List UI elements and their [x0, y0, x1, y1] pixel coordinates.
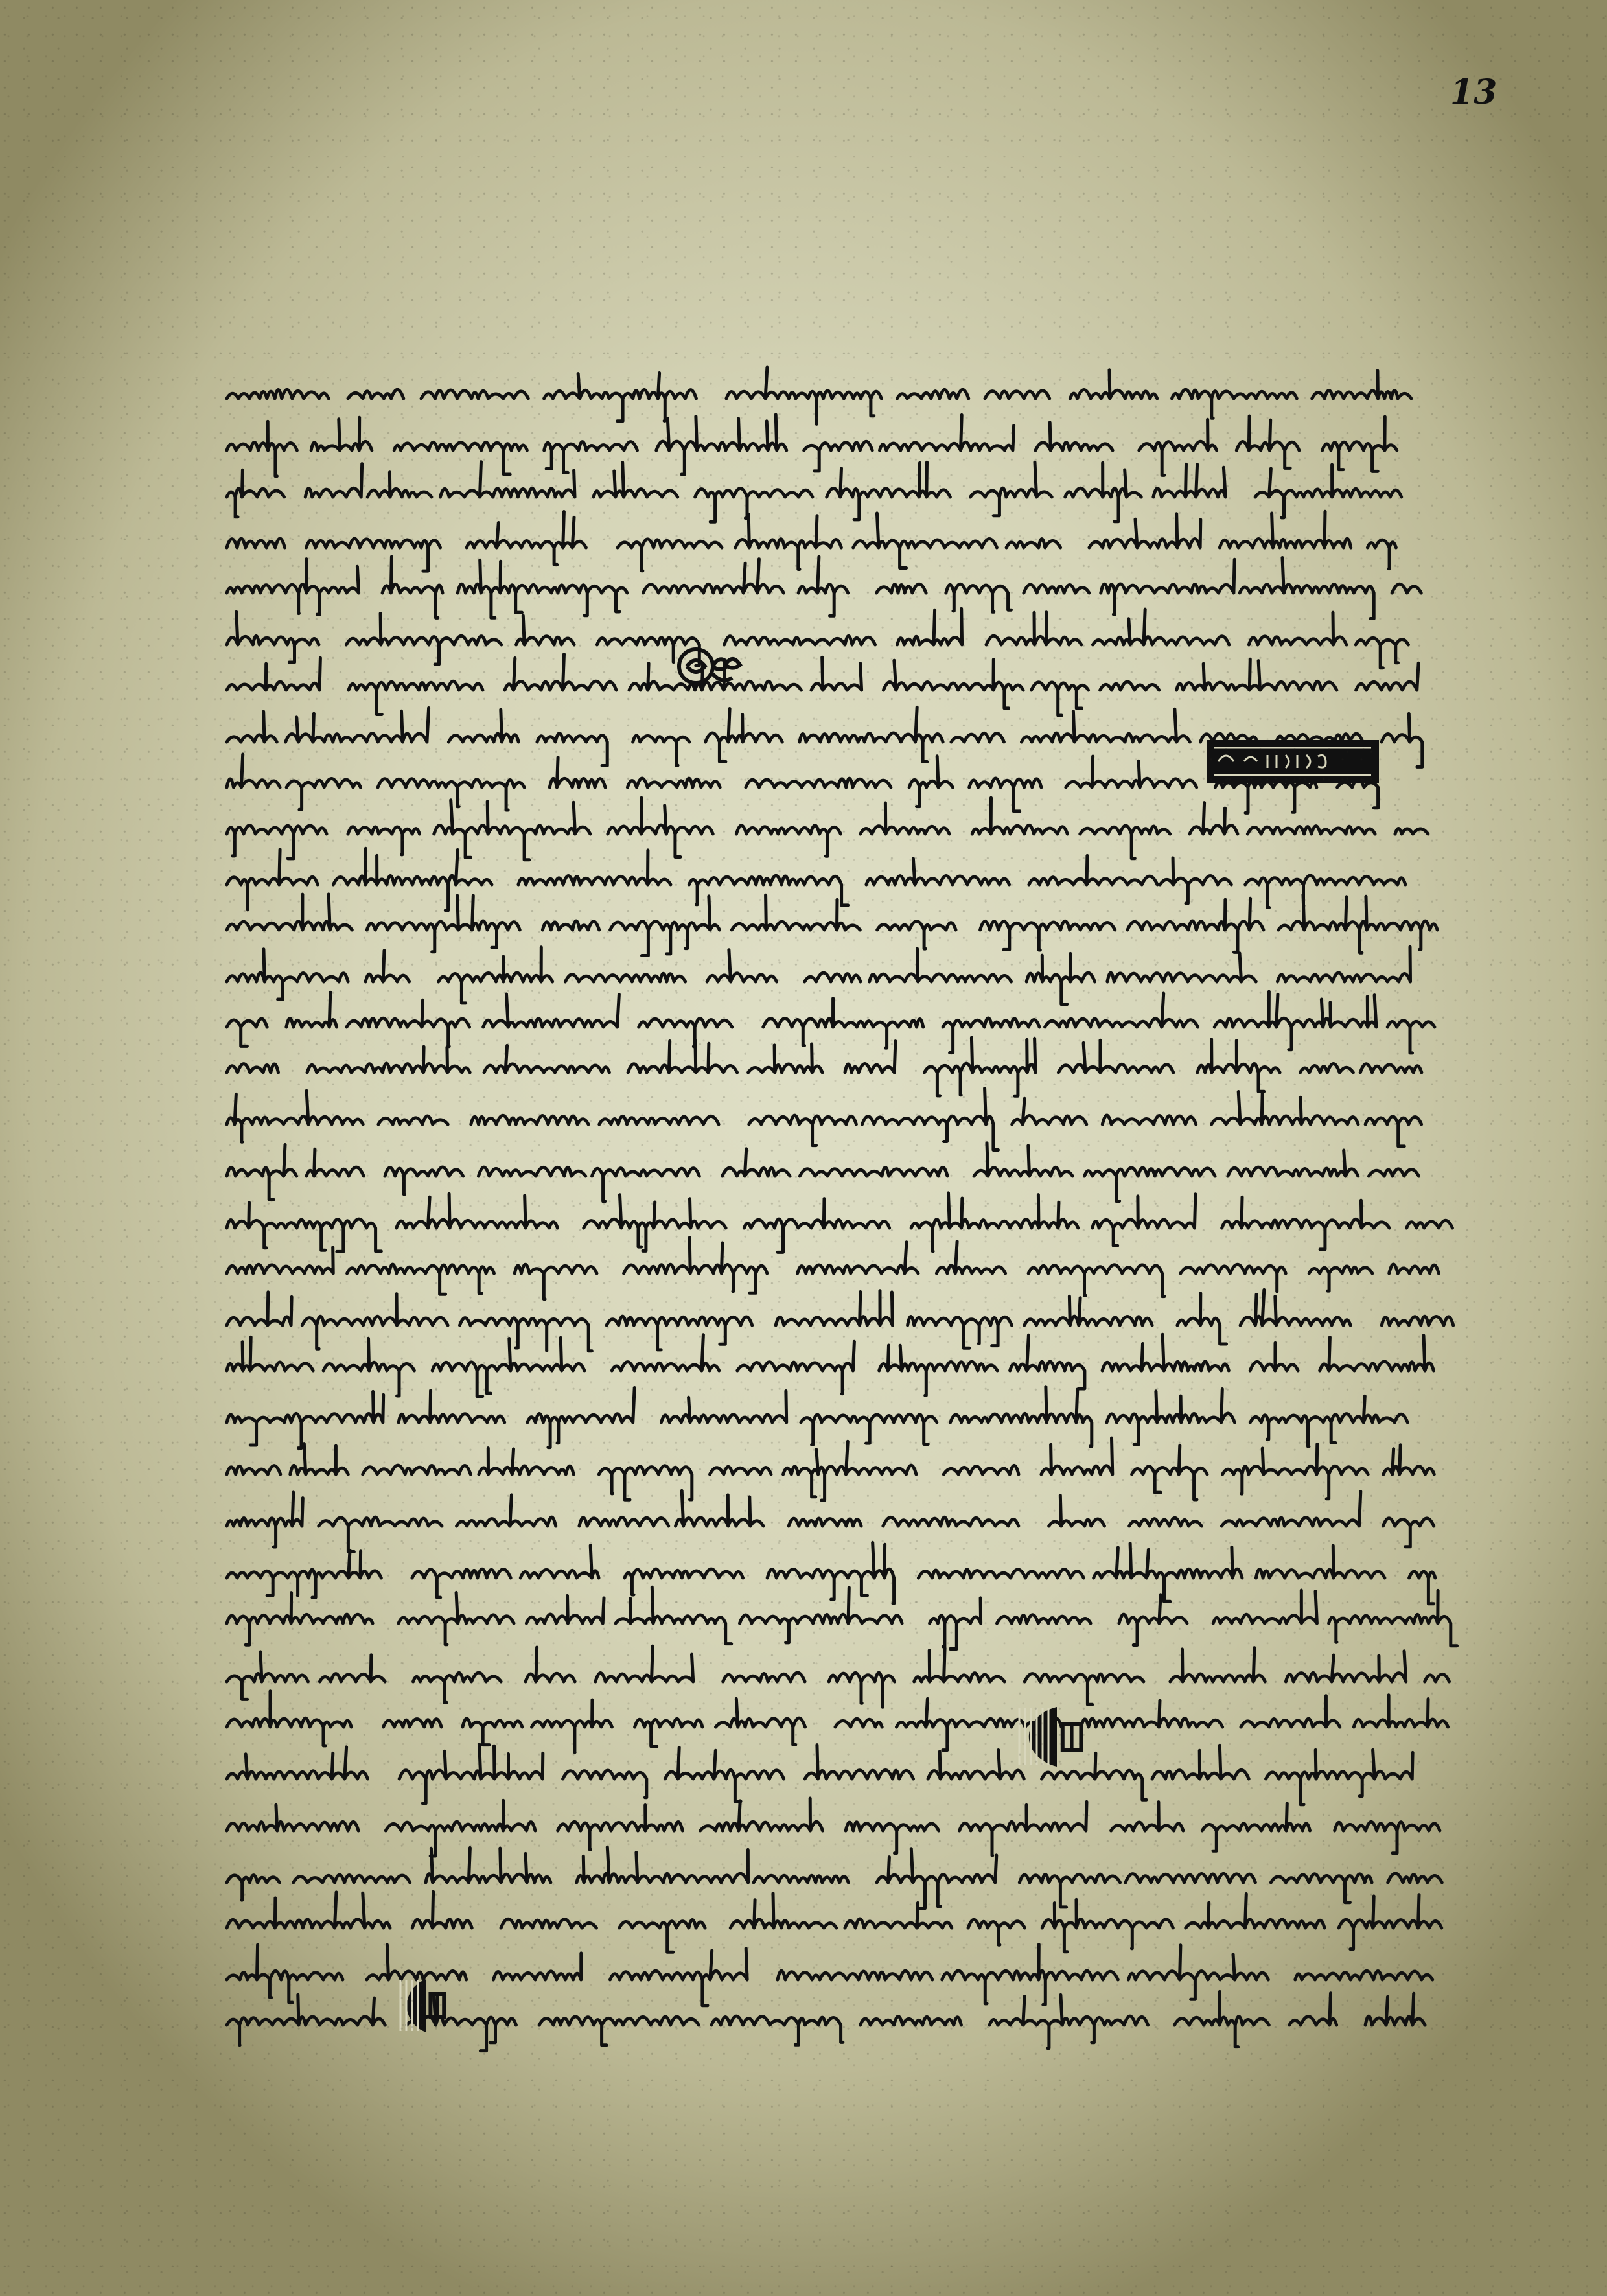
manuscript-page: 13 [0, 0, 1607, 2296]
decorated-initial-3-icon [395, 1977, 447, 2035]
decorated-initial-1-icon [674, 642, 745, 693]
inscribed-cartouche-icon [1205, 739, 1380, 784]
manuscript-line [227, 1588, 1445, 1650]
decorated-initial-2-icon [1014, 1704, 1085, 1769]
page-number: 13 [1450, 73, 1497, 112]
